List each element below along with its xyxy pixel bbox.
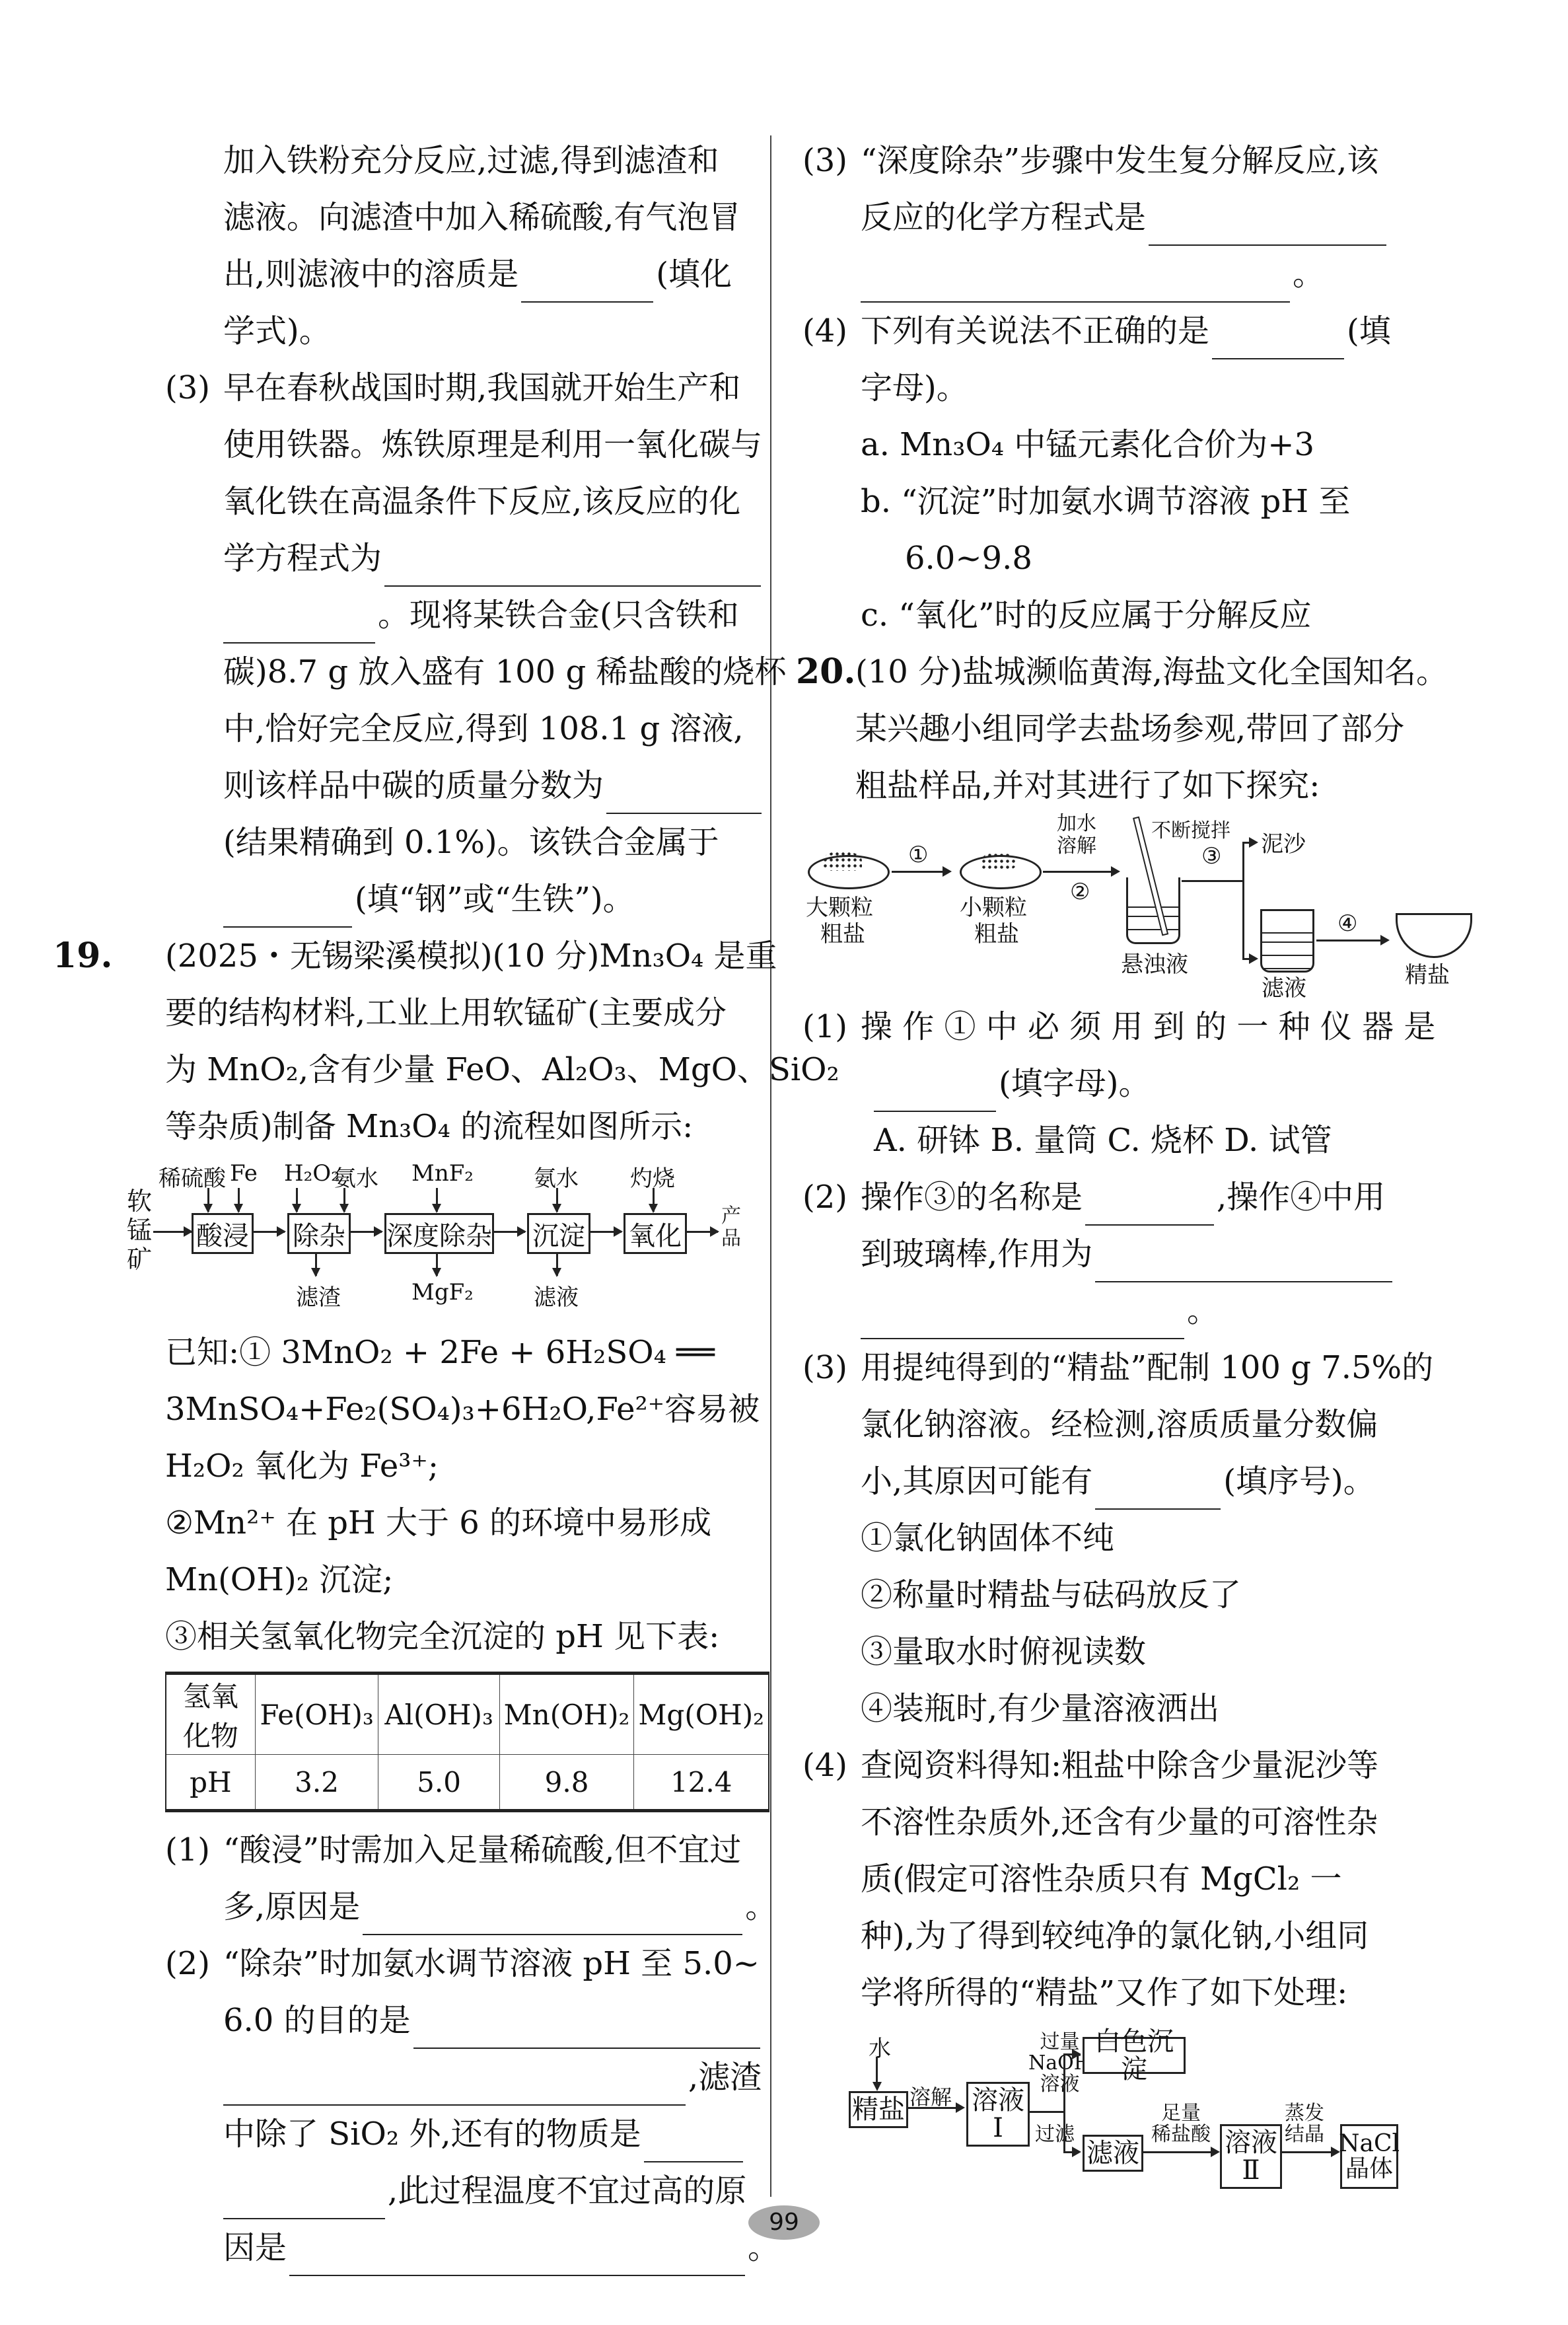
arrow	[238, 1188, 240, 1212]
arrow	[296, 1188, 298, 1212]
answer-blank[interactable]	[874, 1072, 996, 1112]
liquid-fill	[1262, 932, 1312, 971]
small-grain-label: 小颗粒粗盐	[960, 895, 1027, 947]
sub-question-1: (1)操 作 ① 中 必 须 用 到 的 一 种 仪 器 是	[802, 998, 1470, 1055]
arrow	[556, 1252, 558, 1276]
arrow-3	[1182, 880, 1242, 882]
answer-blank[interactable]	[413, 2009, 760, 2049]
dissolve-label: 溶解	[909, 2081, 952, 2111]
step-box-precipitation: 沉淀	[527, 1213, 590, 1254]
box-solution-1: 溶液Ⅰ	[966, 2082, 1030, 2147]
evaporate-label: 蒸发结晶	[1285, 2103, 1324, 2145]
answer-blank[interactable]	[363, 1896, 742, 1935]
text-line: H₂O₂ 氧化为 Fe³⁺;	[165, 1438, 769, 1495]
sub-question-3: (3)“深度除杂”步骤中发生复分解反应,该	[802, 132, 1470, 189]
text-line: 等杂质)制备 Mn₃O₄ 的流程如图所示:	[165, 1098, 769, 1155]
answer-blank[interactable]	[644, 2123, 743, 2162]
text-line: 要的结构材料,工业上用软锰矿(主要成分	[165, 984, 769, 1041]
answer-blank[interactable]	[861, 263, 1290, 303]
step-box-deep-removal: 深度除杂	[384, 1213, 494, 1254]
text-line: 3MnSO₄+Fe₂(SO₄)₃+6H₂O,Fe²⁺容易被	[165, 1381, 769, 1438]
left-column: 加入铁粉充分反应,过滤,得到滤渣和 滤液。向滤渣中加入稀硫酸,有气泡冒 出,则滤…	[165, 132, 769, 2276]
sub-question-3: (3)早在春秋战国时期,我国就开始生产和	[165, 359, 769, 416]
sub-question-4: (4)查阅资料得知:粗盐中除含少量泥沙等	[802, 1737, 1470, 1794]
text-line: 为 MnO₂,含有少量 FeO、Al₂O₃、MgO、SiO₂	[165, 1041, 769, 1098]
answer-blank[interactable]	[223, 2180, 385, 2219]
big-grain-label: 大颗粒粗盐	[806, 895, 873, 947]
arrow	[685, 1231, 718, 1233]
step-label: ④	[1337, 910, 1357, 937]
text-line: ,此过程温度不宜过高的原	[165, 2162, 769, 2219]
sub-question-2: (2)操作③的名称是,操作④中用	[802, 1169, 1470, 1226]
branch-line	[1028, 2111, 1064, 2113]
flow-end-label: 产品	[721, 1205, 740, 1250]
options-line: A. 研钵 B. 量筒 C. 烧杯 D. 试管	[802, 1112, 1470, 1169]
box-nacl-crystal: NaCl晶体	[1340, 2124, 1398, 2189]
text-line: ③相关氢氧化物完全沉淀的 pH 见下表:	[165, 1608, 769, 1665]
answer-blank[interactable]	[289, 2236, 745, 2276]
list-item: ②称量时精盐与砝码放反了	[802, 1567, 1470, 1623]
question-20: 20.(10 分)盐城濒临黄海,海盐文化全国知名。	[802, 644, 1470, 700]
arrow-2	[1043, 871, 1112, 873]
text-line: 。现将某铁合金(只含铁和	[165, 587, 769, 644]
naoh-label: 过量NaOH溶液	[1028, 2032, 1091, 2095]
text-line: 。	[802, 246, 1470, 303]
step-label: ③	[1201, 843, 1221, 869]
answer-blank[interactable]	[1085, 1186, 1214, 1226]
list-item: ④装瓶时,有少量溶液洒出	[802, 1680, 1470, 1737]
fine-salt-label: 精盐	[1405, 957, 1450, 989]
arrow-line	[1141, 2151, 1213, 2153]
option-b: b. “沉淀”时加氨水调节溶液 pH 至	[802, 473, 1470, 530]
sub-question-3: (3)用提纯得到的“精盐”配制 100 g 7.5%的	[802, 1339, 1470, 1396]
text-line: Mn(OH)₂ 沉淀;	[165, 1551, 769, 1608]
arrow	[343, 1188, 345, 1212]
arrow-line	[1280, 2151, 1333, 2153]
arrowhead	[943, 866, 952, 877]
fine-grains-icon	[981, 852, 1015, 869]
text-line: 氯化钠溶液。经检测,溶质质量分数偏	[802, 1396, 1470, 1453]
text-line: 字母)。	[802, 359, 1470, 416]
sub-question-2: (2)“除杂”时加氨水调节溶液 pH 至 5.0~	[165, 1935, 769, 1992]
table-header-row: 氢氧化物 Fe(OH)₃ Al(OH)₃ Mn(OH)₂ Mg(OH)₂	[166, 1674, 769, 1755]
arrow	[556, 1188, 558, 1212]
text-line: ,滤渣	[165, 2049, 769, 2106]
branch-line	[1242, 842, 1244, 959]
arrow-line	[876, 2057, 878, 2083]
hydroxide-ph-table: 氢氧化物 Fe(OH)₃ Al(OH)₃ Mn(OH)₂ Mg(OH)₂ pH …	[165, 1672, 769, 1812]
input-label: H₂O₂	[284, 1160, 340, 1187]
text-line: 某兴趣小组同学去盐场参观,带回了部分	[802, 700, 1470, 757]
arrow	[492, 1231, 525, 1233]
text-line: 已知:① 3MnO₂ + 2Fe + 6H₂SO₄ ══	[165, 1324, 769, 1381]
dissolve-label: 加水溶解	[1057, 813, 1096, 858]
manganese-process-flowchart: 软锰矿 酸浸 稀硫酸 Fe 除杂 H₂O₂ 氨水 滤渣 深度除杂 MnF₂ Mg…	[165, 1160, 769, 1319]
text-line: 学式)。	[165, 303, 769, 359]
suspension-label: 悬浊液	[1121, 946, 1188, 978]
step-label: ①	[908, 842, 928, 868]
text-line: ②Mn²⁺ 在 pH 大于 6 的环境中易形成	[165, 1495, 769, 1551]
liquid-fill	[1128, 906, 1178, 942]
filtrate-label: 滤液	[1262, 970, 1306, 1002]
text-line: (结果精确到 0.1%)。该铁合金属于	[165, 814, 769, 871]
text-line: 小,其原因可能有(填序号)。	[802, 1453, 1470, 1510]
text-line: 使用铁器。炼铁原理是利用一氧化碳与	[165, 416, 769, 473]
option-c: c. “氧化”时的反应属于分解反应	[802, 587, 1470, 644]
arrow-4	[1316, 940, 1382, 941]
step-label: ②	[1070, 879, 1090, 905]
text-line: 不溶性杂质外,还含有少量的可溶性杂	[802, 1794, 1470, 1851]
text-line: 出,则滤液中的溶质是(填化	[165, 246, 769, 303]
text-line: 到玻璃棒,作用为	[802, 1226, 1470, 1282]
salt-purification-diagram: 大颗粒粗盐 ① 小颗粒粗盐 加水溶解 ② 不断搅拌 悬浊液 ③ 泥沙 滤液 ④ …	[802, 817, 1470, 978]
right-column: (3)“深度除杂”步骤中发生复分解反应,该 反应的化学方程式是 。 (4)下列有…	[802, 132, 1470, 2170]
answer-blank[interactable]	[1095, 1243, 1392, 1282]
input-label: MnF₂	[411, 1160, 474, 1187]
box-filtrate: 滤液	[1083, 2135, 1143, 2172]
output-label: 滤渣	[296, 1279, 341, 1311]
input-label: 氨水	[334, 1160, 378, 1193]
answer-blank[interactable]	[1212, 320, 1344, 359]
output-label: MgF₂	[411, 1279, 474, 1306]
text-line: 6.0~9.8	[802, 530, 1470, 587]
input-label: Fe	[230, 1160, 258, 1187]
list-item: ③量取水时俯视读数	[802, 1623, 1470, 1680]
branch-line	[1063, 2053, 1065, 2153]
sub-question-1: (1)“酸浸”时需加入足量稀硫酸,但不宜过	[165, 1822, 769, 1878]
arrowhead	[1249, 953, 1258, 964]
text-line: 氧化铁在高温条件下反应,该反应的化	[165, 473, 769, 530]
arrowhead	[1249, 837, 1258, 848]
text-line: (填字母)。	[802, 1055, 1470, 1112]
arrow	[349, 1231, 382, 1233]
text-line: 滤液。向滤渣中加入稀硫酸,有气泡冒	[165, 189, 769, 246]
arrowhead	[873, 2082, 882, 2091]
question-19: 19.(2025・无锡梁溪模拟)(10 分)Mn₃O₄ 是重	[165, 928, 769, 984]
arrow	[153, 1231, 192, 1233]
arrow	[653, 1188, 655, 1212]
option-a: a. Mn₃O₄ 中锰元素化合价为+3	[802, 416, 1470, 473]
arrowhead	[1072, 2147, 1081, 2157]
hcl-label: 足量稀盐酸	[1151, 2103, 1211, 2145]
text-line: 学方程式为	[165, 530, 769, 587]
arrow	[315, 1252, 317, 1276]
coarse-grains-icon	[822, 851, 862, 871]
arrowhead	[1072, 2049, 1081, 2059]
table-row: pH 3.2 5.0 9.8 12.4	[166, 1755, 769, 1811]
box-white-precipitate: 白色沉淀	[1083, 2037, 1186, 2074]
arrowhead	[1380, 935, 1390, 945]
answer-blank[interactable]	[223, 888, 352, 928]
box-solution-2: 溶液Ⅱ	[1220, 2124, 1282, 2189]
text-line: 反应的化学方程式是	[802, 189, 1470, 246]
text-line: 种),为了得到较纯净的氯化钠,小组同	[802, 1907, 1470, 1964]
answer-blank[interactable]	[606, 774, 762, 814]
text-line: 碳)8.7 g 放入盛有 100 g 稀盐酸的烧杯	[165, 644, 769, 700]
answer-blank[interactable]	[1149, 206, 1386, 246]
text-line: 质(假定可溶性杂质只有 MgCl₂ 一	[802, 1851, 1470, 1907]
text-line: 。	[802, 1282, 1470, 1339]
text-line: 则该样品中碳的质量分数为	[165, 757, 769, 814]
stir-label: 不断搅拌	[1151, 814, 1230, 843]
text-line: 加入铁粉充分反应,过滤,得到滤渣和	[165, 132, 769, 189]
arrow	[588, 1231, 622, 1233]
answer-blank[interactable]	[521, 263, 653, 303]
step-box-acid-leach: 酸浸	[192, 1213, 254, 1254]
step-box-oxidation: 氧化	[624, 1213, 687, 1254]
arrow-1	[892, 871, 944, 873]
answer-blank[interactable]	[861, 1300, 1184, 1339]
text-line: (填“钢”或“生铁”)。	[165, 871, 769, 928]
flow-start-label: 软锰矿	[127, 1187, 151, 1274]
input-label: 稀硫酸	[159, 1160, 226, 1193]
sub-question-4: (4)下列有关说法不正确的是(填	[802, 303, 1470, 359]
answer-blank[interactable]	[223, 2066, 686, 2106]
nacl-purification-flowchart: 水 精盐 溶解 溶液Ⅰ 过量NaOH溶液 过滤 白色沉淀 滤液 足量稀盐酸 溶液…	[849, 2025, 1470, 2170]
arrow	[436, 1188, 438, 1212]
evaporating-dish-icon	[1396, 913, 1472, 958]
answer-blank[interactable]	[1095, 1470, 1221, 1510]
arrowhead	[956, 2102, 965, 2113]
text-line: 因是。	[165, 2219, 769, 2276]
arrow	[252, 1231, 285, 1233]
answer-blank[interactable]	[223, 604, 375, 644]
beaker-icon	[1260, 909, 1314, 973]
text-line: 粗盐样品,并对其进行了如下探究:	[802, 757, 1470, 814]
box-fine-salt: 精盐	[849, 2091, 908, 2128]
step-box-impurity-removal: 除杂	[287, 1213, 351, 1254]
water-label: 水	[869, 2030, 891, 2063]
text-line: 多,原因是。	[165, 1878, 769, 1935]
arrow	[207, 1188, 209, 1212]
sand-label: 泥沙	[1261, 826, 1306, 858]
text-line: 中除了 SiO₂ 外,还有的物质是	[165, 2106, 769, 2162]
output-label: 滤液	[534, 1279, 579, 1311]
text-line: 6.0 的目的是	[165, 1992, 769, 2049]
arrowhead	[1111, 866, 1120, 877]
page-number-badge: 99	[748, 2205, 820, 2240]
answer-blank[interactable]	[384, 547, 761, 587]
arrowhead	[1211, 2147, 1220, 2157]
list-item: ①氯化钠固体不纯	[802, 1510, 1470, 1567]
text-line: 学将所得的“精盐”又作了如下处理:	[802, 1964, 1470, 2021]
text-line: 中,恰好完全反应,得到 108.1 g 溶液,	[165, 700, 769, 757]
filter-label: 过滤	[1035, 2118, 1075, 2147]
arrow	[436, 1252, 438, 1276]
